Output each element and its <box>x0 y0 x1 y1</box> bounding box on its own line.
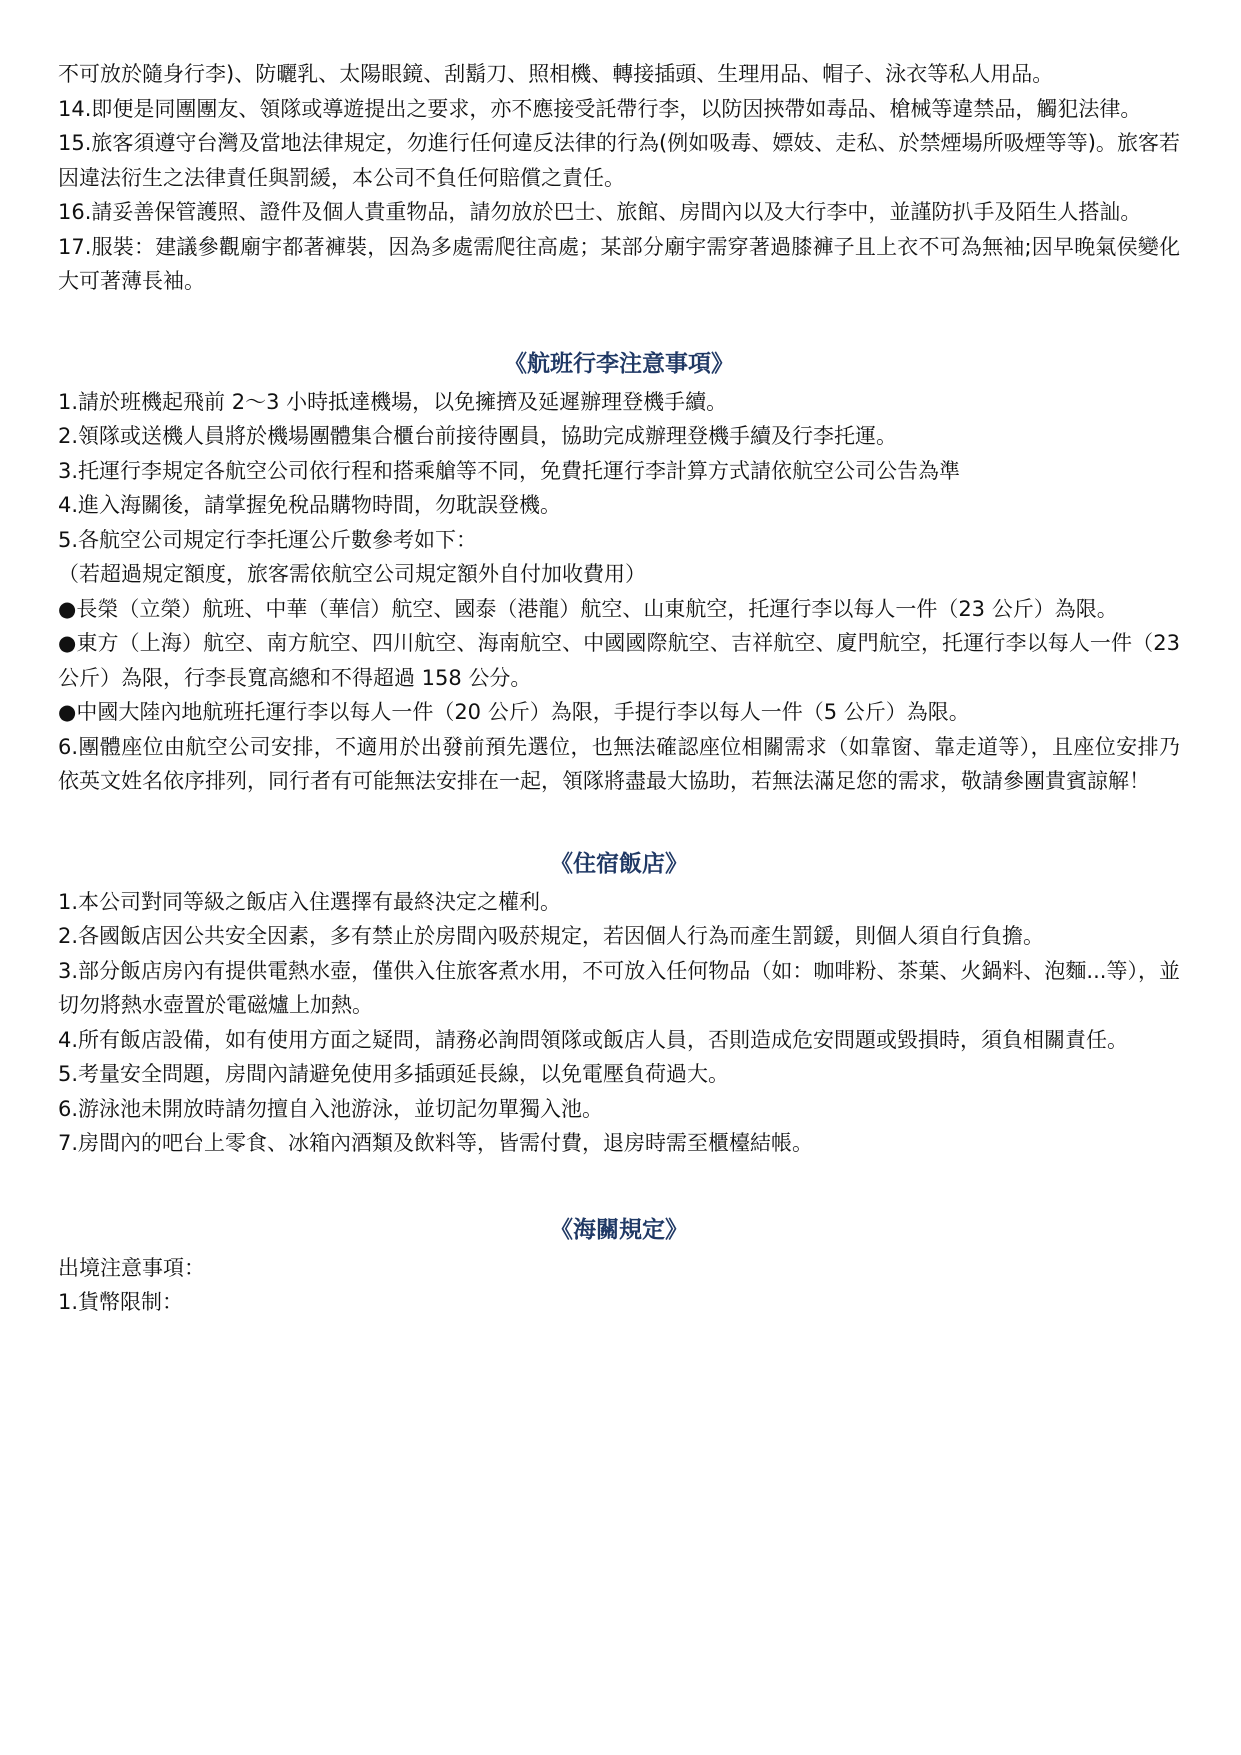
list-item: 出境注意事項： <box>58 1251 1180 1286</box>
list-item: 2.各國飯店因公共安全因素，多有禁止於房間內吸菸規定，若因個人行為而產生罰鍰，則… <box>58 919 1180 954</box>
list-item: 5.各航空公司規定行李托運公斤數參考如下： <box>58 523 1180 558</box>
list-item: （若超過規定額度，旅客需依航空公司規定額外自付加收費用） <box>58 557 1180 592</box>
list-item: 1.本公司對同等級之飯店入住選擇有最終決定之權利。 <box>58 885 1180 920</box>
list-item: 6.團體座位由航空公司安排，不適用於出發前預先選位，也無法確認座位相關需求（如靠… <box>58 730 1180 799</box>
list-item: 3.部分飯店房內有提供電熱水壺，僅供入住旅客煮水用，不可放入任何物品（如：咖啡粉… <box>58 954 1180 1023</box>
list-item: 17.服裝：建議參觀廟宇都著褲裝，因為多處需爬往高處；某部分廟宇需穿著過膝褲子且… <box>58 230 1180 299</box>
list-item: ●中國大陸內地航班托運行李以每人一件（20 公斤）為限，手提行李以每人一件（5 … <box>58 695 1180 730</box>
list-item: 2.領隊或送機人員將於機場團體集合櫃台前接待團員，協助完成辦理登機手續及行李托運… <box>58 419 1180 454</box>
section-title: 《海關規定》 <box>58 1213 1180 1247</box>
section-title: 《住宿飯店》 <box>58 847 1180 881</box>
hotel-section: 《住宿飯店》 1.本公司對同等級之飯店入住選擇有最終決定之權利。 2.各國飯店因… <box>58 847 1180 1161</box>
spacer <box>58 299 1180 347</box>
list-item: 不可放於隨身行李)、防曬乳、太陽眼鏡、刮鬍刀、照相機、轉接插頭、生理用品、帽子、… <box>58 57 1180 92</box>
flight-baggage-section: 《航班行李注意事項》 1.請於班機起飛前 2～3 小時抵達機場，以免擁擠及延遲辦… <box>58 347 1180 799</box>
list-item: 6.游泳池未開放時請勿擅自入池游泳，並切記勿單獨入池。 <box>58 1092 1180 1127</box>
intro-items: 不可放於隨身行李)、防曬乳、太陽眼鏡、刮鬍刀、照相機、轉接插頭、生理用品、帽子、… <box>58 57 1180 299</box>
customs-section: 《海關規定》 出境注意事項： 1.貨幣限制： <box>58 1213 1180 1320</box>
spacer <box>58 799 1180 847</box>
section-title: 《航班行李注意事項》 <box>58 347 1180 381</box>
list-item: 1.請於班機起飛前 2～3 小時抵達機場，以免擁擠及延遲辦理登機手續。 <box>58 385 1180 420</box>
list-item: ●東方（上海）航空、南方航空、四川航空、海南航空、中國國際航空、吉祥航空、廈門航… <box>58 626 1180 695</box>
list-item: ●長榮（立榮）航班、中華（華信）航空、國泰（港龍）航空、山東航空，托運行李以每人… <box>58 592 1180 627</box>
list-item: 4.進入海關後，請掌握免稅品購物時間，勿耽誤登機。 <box>58 488 1180 523</box>
list-item: 1.貨幣限制： <box>58 1285 1180 1320</box>
list-item: 15.旅客須遵守台灣及當地法律規定，勿進行任何違反法律的行為(例如吸毒、嫖妓、走… <box>58 126 1180 195</box>
list-item: 5.考量安全問題，房間內請避免使用多插頭延長線，以免電壓負荷過大。 <box>58 1057 1180 1092</box>
list-item: 3.托運行李規定各航空公司依行程和搭乘艙等不同，免費托運行李計算方式請依航空公司… <box>58 454 1180 489</box>
document-page: 不可放於隨身行李)、防曬乳、太陽眼鏡、刮鬍刀、照相機、轉接插頭、生理用品、帽子、… <box>58 57 1180 1320</box>
list-item: 14.即便是同團團友、領隊或導遊提出之要求，亦不應接受託帶行李，以防因挾帶如毒品… <box>58 92 1180 127</box>
spacer <box>58 1161 1180 1213</box>
list-item: 16.請妥善保管護照、證件及個人貴重物品，請勿放於巴士、旅館、房間內以及大行李中… <box>58 195 1180 230</box>
list-item: 4.所有飯店設備，如有使用方面之疑問，請務必詢問領隊或飯店人員，否則造成危安問題… <box>58 1023 1180 1058</box>
list-item: 7.房間內的吧台上零食、冰箱內酒類及飲料等，皆需付費，退房時需至櫃檯結帳。 <box>58 1126 1180 1161</box>
